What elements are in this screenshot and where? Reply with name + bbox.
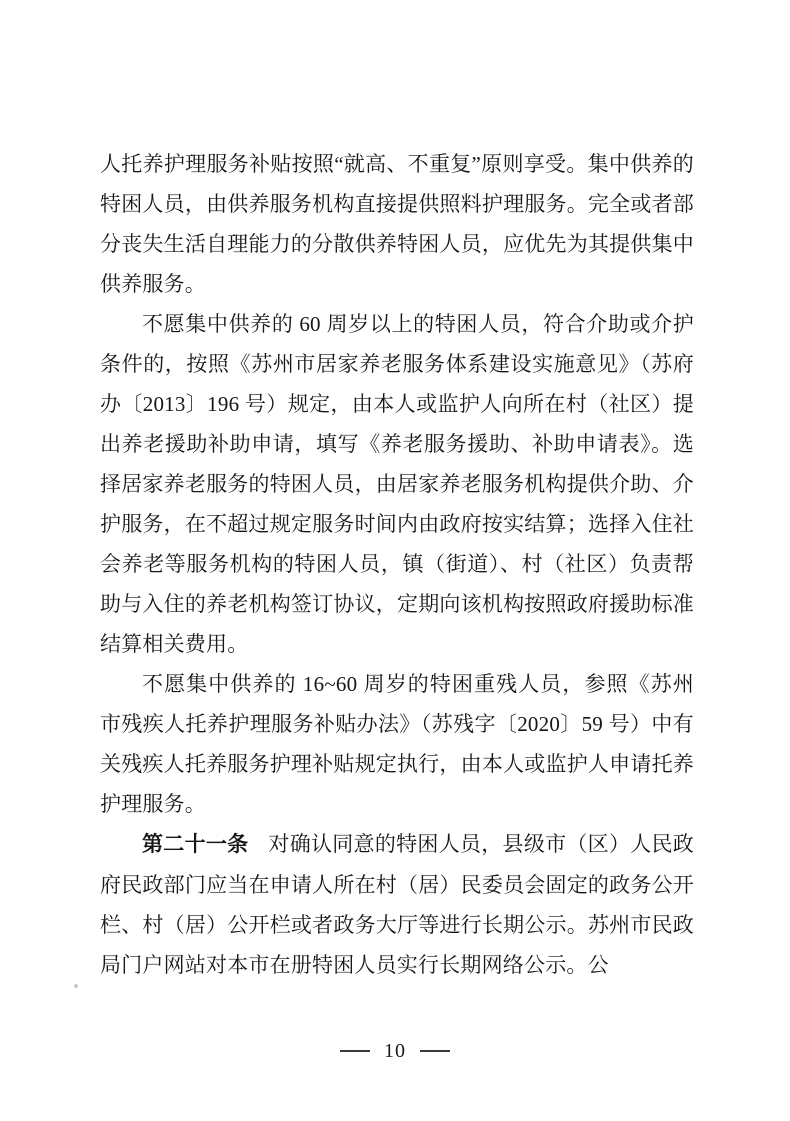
scan-artifact-dot xyxy=(74,984,78,988)
paragraph-continuation: 人托养护理服务补贴按照“就高、不重复”原则享受。集中供养的特困人员，由供养服务机… xyxy=(100,144,694,304)
paragraph-16-60-rules: 不愿集中供养的 16~60 周岁的特困重残人员，参照《苏州市残疾人托养护理服务补… xyxy=(100,664,694,824)
document-page: 人托养护理服务补贴按照“就高、不重复”原则享受。集中供养的特困人员，由供养服务机… xyxy=(0,0,790,1121)
footer-dash-left xyxy=(340,1050,370,1052)
page-number: 10 xyxy=(384,1036,406,1066)
footer-dash-right xyxy=(420,1050,450,1052)
document-body: 人托养护理服务补贴按照“就高、不重复”原则享受。集中供养的特困人员，由供养服务机… xyxy=(100,144,694,985)
page-footer: 10 xyxy=(0,1035,790,1065)
paragraph-article-21: 第二十一条对确认同意的特困人员，县级市（区）人民政府民政部门应当在申请人所在村（… xyxy=(100,824,694,985)
paragraph-over-60-rules: 不愿集中供养的 60 周岁以上的特困人员，符合介助或介护条件的，按照《苏州市居家… xyxy=(100,304,694,664)
article-number-heading: 第二十一条 xyxy=(142,833,248,856)
